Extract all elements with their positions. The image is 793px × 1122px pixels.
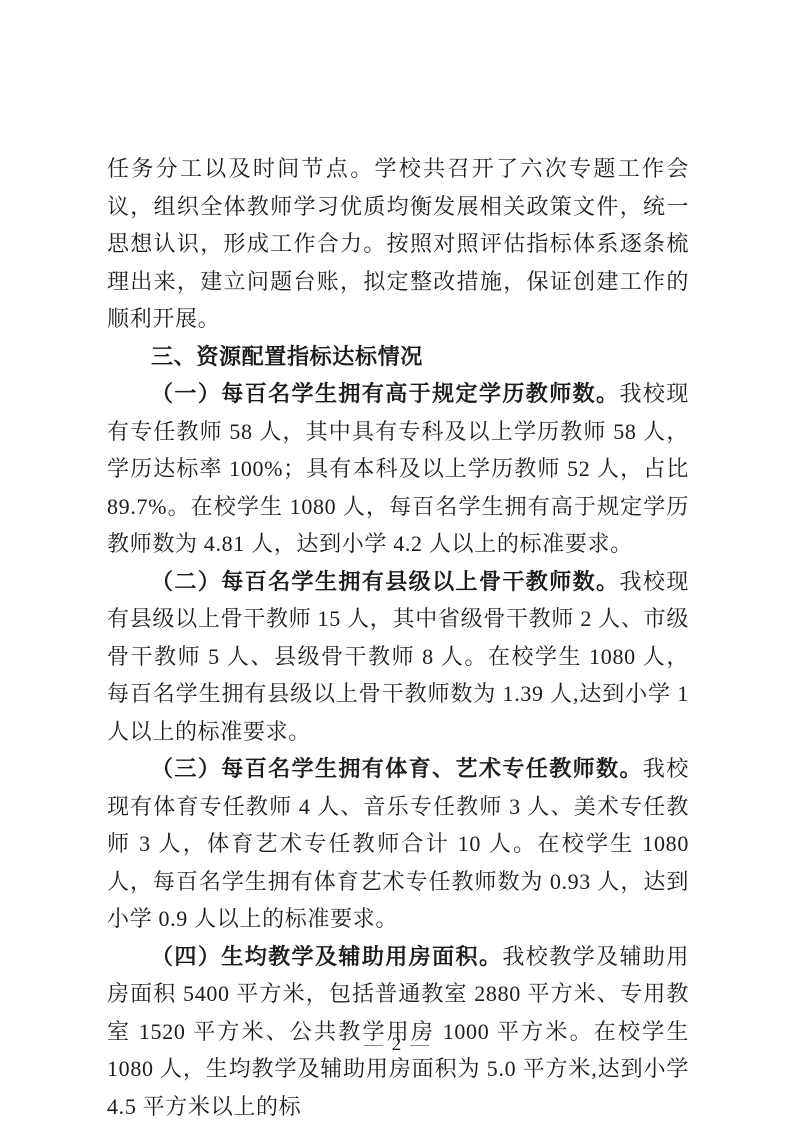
item-1-lead: （一）每百名学生拥有高于规定学历教师数。 [151,381,620,406]
paragraph-continuation-text: 任务分工以及时间节点。学校共召开了六次专题工作会议，组织全体教师学习优质均衡发展… [107,156,689,331]
item-3-body: 我校现有体育专任教师 4 人、音乐专任教师 3 人、美术专任教师 3 人，体育艺… [107,756,689,931]
paragraph-item-3: （三）每百名学生拥有体育、艺术专任教师数。我校现有体育专任教师 4 人、音乐专任… [107,750,689,938]
item-1-body: 我校现有专任教师 58 人，其中具有专科及以上学历教师 58 人，学历达标率 1… [107,381,689,556]
section-heading-text: 三、资源配置指标达标情况 [151,344,423,369]
paragraph-item-2: （二）每百名学生拥有县级以上骨干教师数。我校现有县级以上骨干教师 15 人，其中… [107,563,689,751]
item-4-body: 我校教学及辅助用房面积 5400 平方米，包括普通教室 2880 平方米、专用教… [107,944,689,1119]
item-2-body: 我校现有县级以上骨干教师 15 人，其中省级骨干教师 2 人、市级骨干教师 5 … [107,569,689,744]
page-number: 2 [392,1033,402,1057]
document-body: 任务分工以及时间节点。学校共召开了六次专题工作会议，组织全体教师学习优质均衡发展… [107,150,689,1122]
item-4-lead: （四）生均教学及辅助用房面积。 [151,944,502,969]
paragraph-item-4: （四）生均教学及辅助用房面积。我校教学及辅助用房面积 5400 平方米，包括普通… [107,938,689,1122]
document-page: 任务分工以及时间节点。学校共召开了六次专题工作会议，组织全体教师学习优质均衡发展… [0,0,793,1122]
item-2-lead: （二）每百名学生拥有县级以上骨干教师数。 [151,569,620,594]
paragraph-continuation: 任务分工以及时间节点。学校共召开了六次专题工作会议，组织全体教师学习优质均衡发展… [107,150,689,338]
item-3-lead: （三）每百名学生拥有体育、艺术专任教师数。 [151,756,643,781]
footer-dash-left: — [364,1034,383,1055]
footer-dash-right: — [410,1034,429,1055]
paragraph-item-1: （一）每百名学生拥有高于规定学历教师数。我校现有专任教师 58 人，其中具有专科… [107,375,689,563]
page-footer: —2— [0,1033,793,1057]
section-heading: 三、资源配置指标达标情况 [107,338,689,376]
